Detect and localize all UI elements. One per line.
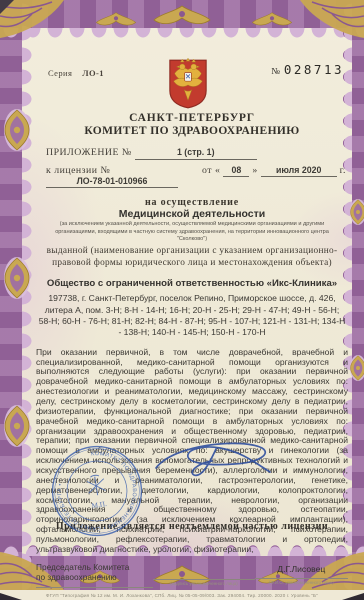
date-close-quote: » xyxy=(252,165,257,176)
printer-imprint-text: ФГУП "Типография № 12 им. М. И. Лоханков… xyxy=(46,593,318,598)
title-committee: КОМИТЕТ ПО ЗДРАВООХРАНЕНИЮ xyxy=(36,125,348,137)
signer-name: Д.Г.Лисовец xyxy=(255,564,348,574)
name-underline xyxy=(255,577,348,579)
signature-block: Председатель Комитета по здравоохранению… xyxy=(36,562,348,594)
license-number-row: к лицензии № ЛО-78-01-010966 от « 08 » и… xyxy=(46,165,346,189)
signature-field: (подпись уполномоченного лица) xyxy=(153,562,254,594)
issued-line2: правовой формы юридического лица и место… xyxy=(36,258,348,270)
date-from-label: от « xyxy=(202,165,220,176)
issued-line1: выданной (наименование организации с ука… xyxy=(36,246,348,258)
activity-intro: на осуществление xyxy=(36,197,348,208)
signature-caption: (подпись уполномоченного лица) xyxy=(153,581,254,586)
official-round-stamp: КОМИТЕТ ПО ЗДРАВООХРАНЕНИЮ • САНКТ-ПЕТЕР… xyxy=(43,437,151,545)
number-sign: № xyxy=(271,66,280,76)
printer-imprint-strip: ФГУП "Типография № 12 им. М. И. Лоханков… xyxy=(0,590,364,600)
activity-exclusion-note: (за исключением указанной деятельности, … xyxy=(41,221,343,243)
signer-name-field: Д.Г.Лисовец (Ф.И.О. уполномоченного лица… xyxy=(255,562,348,594)
appendix-block: ПРИЛОЖЕНИЕ № 1 (стр. 1) к лицензии № ЛО-… xyxy=(36,147,348,188)
stamp-mp-mark: М.П. xyxy=(91,500,108,510)
date-year-suffix: г. xyxy=(340,165,346,176)
document-number: №028713 xyxy=(271,62,344,77)
border-left-scallop xyxy=(22,0,36,600)
license-date: от « 08 » июля 2020 г. xyxy=(202,165,346,178)
border-top-scallop xyxy=(0,28,364,42)
license-document-page: СерияЛО-1 №028713 САНКТ-ПЕТЕР xyxy=(0,0,364,600)
license-ref: к лицензии № ЛО-78-01-010966 xyxy=(46,165,202,189)
appendix-number-row: ПРИЛОЖЕНИЕ № 1 (стр. 1) xyxy=(46,147,346,160)
border-right-band xyxy=(352,0,364,600)
appendix-value: 1 (стр. 1) xyxy=(135,148,257,160)
series-label: СерияЛО-1 xyxy=(48,68,104,78)
title-city: САНКТ-ПЕТЕРБУРГ xyxy=(36,112,348,124)
coat-of-arms-icon xyxy=(167,58,209,110)
activity-name: Медицинской деятельности xyxy=(36,208,348,220)
series-value: ЛО-1 xyxy=(82,68,104,78)
appendix-label: ПРИЛОЖЕНИЕ № xyxy=(46,147,132,158)
signer-position: Председатель Комитета по здравоохранению… xyxy=(36,562,153,594)
border-left-band xyxy=(0,0,22,600)
organization-address: 197738, г. Санкт-Петербург, поселок Репи… xyxy=(38,293,346,338)
position-line2: по здравоохранению xyxy=(36,572,153,582)
signature-underline xyxy=(153,578,254,580)
number-digits: 028713 xyxy=(284,62,344,77)
issuing-authority-title: САНКТ-ПЕТЕРБУРГ КОМИТЕТ ПО ЗДРАВООХРАНЕН… xyxy=(36,112,348,137)
activity-block: на осуществление Медицинской деятельност… xyxy=(36,197,348,269)
serial-row: СерияЛО-1 №028713 xyxy=(36,42,348,110)
position-line1: Председатель Комитета xyxy=(36,562,153,572)
series-word: Серия xyxy=(48,68,72,78)
license-label: к лицензии № xyxy=(46,165,110,176)
organization-name: Общество с ограниченной ответственностью… xyxy=(36,278,348,289)
issued-to-caption: выданной (наименование организации с ука… xyxy=(36,246,348,269)
stamp-emblem-icon xyxy=(86,474,106,497)
date-month-year: июля 2020 xyxy=(261,166,337,178)
handwritten-signature xyxy=(150,436,276,480)
license-value: ЛО-78-01-010966 xyxy=(46,177,178,189)
position-underline xyxy=(36,586,153,588)
date-day: 08 xyxy=(223,166,249,178)
border-top-band xyxy=(0,0,364,28)
name-caption: (Ф.И.О. уполномоченного лица) xyxy=(255,580,348,585)
